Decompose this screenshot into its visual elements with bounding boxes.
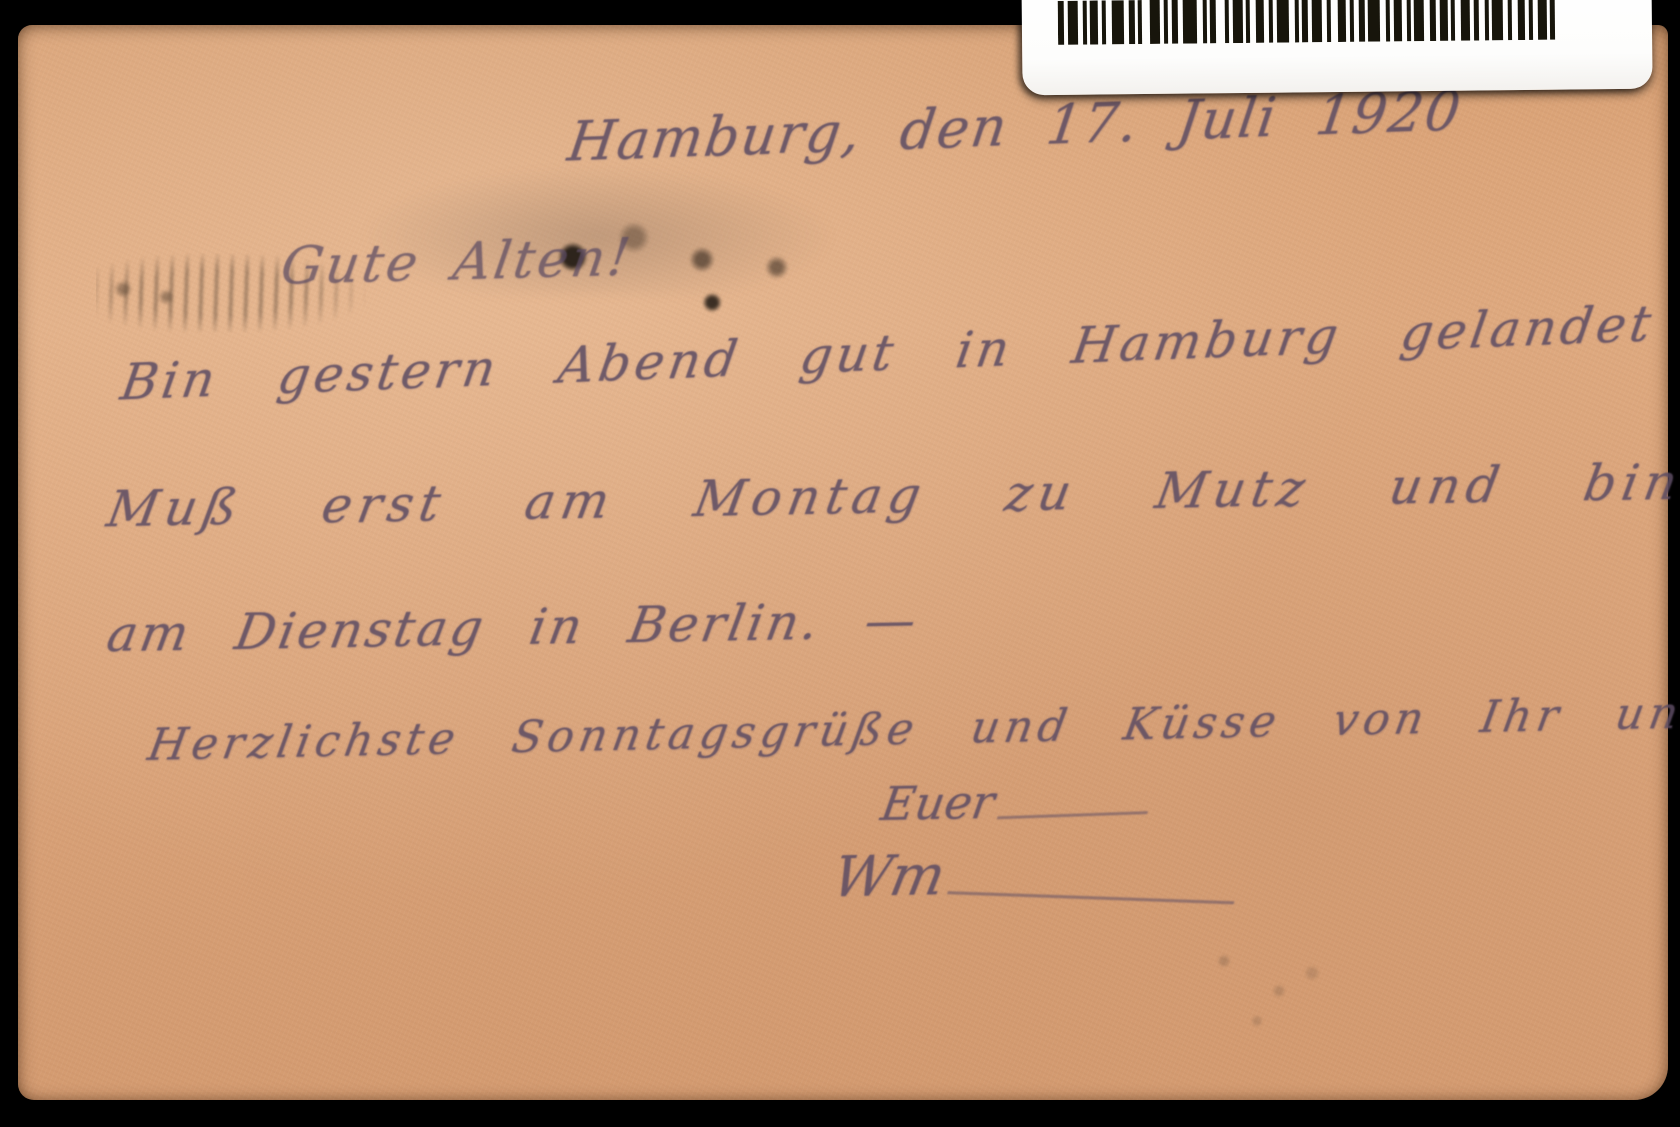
barcode-gap	[1216, 0, 1225, 43]
valediction-word: Euer	[877, 775, 998, 831]
barcode-bar	[1233, 0, 1243, 43]
barcode-bar	[1068, 1, 1078, 45]
handwritten-valediction: Euer	[877, 772, 1154, 831]
barcode-bar	[1461, 0, 1470, 41]
scan-background: Hamburg, den 17. Juli 1920 Gute Alten! B…	[0, 0, 1680, 1127]
signature-flourish-stroke	[947, 891, 1234, 904]
handwritten-date-line: Hamburg, den 17. Juli 1920	[564, 79, 1466, 174]
barcode-bar	[1277, 0, 1289, 43]
barcode-gap	[1555, 0, 1561, 40]
barcode-bar	[1112, 0, 1124, 44]
faint-pencil-marks	[1158, 925, 1378, 1045]
barcode-bar	[1538, 0, 1547, 40]
handwritten-body-line: Muß erst am Montag zu Mutz und bin	[103, 453, 1680, 539]
pen-flourish-stroke	[997, 811, 1148, 819]
barcode-bar	[1492, 0, 1503, 40]
barcode-bar	[1150, 0, 1160, 44]
handwritten-body-line: Bin gestern Abend gut in Hamburg gelande…	[117, 290, 1680, 412]
handwritten-body-line: am Dienstag in Berlin. —	[103, 591, 924, 663]
barcode-bar	[1183, 0, 1197, 44]
handwritten-signature: Wm	[827, 838, 1246, 910]
barcode-icon	[1058, 0, 1636, 45]
barcode-bar	[1312, 0, 1322, 42]
signature-initials: Wm	[827, 843, 950, 910]
barcode-bar	[1414, 0, 1424, 41]
postcard-paper: Hamburg, den 17. Juli 1920 Gute Alten! B…	[18, 25, 1668, 1100]
barcode-sticker	[1021, 0, 1652, 95]
barcode-bar	[1368, 0, 1380, 42]
handwritten-salutation: Gute Alten!	[277, 228, 636, 297]
handwritten-closing-line: Herzlichste Sonntagsgrüße und Küsse von …	[144, 687, 1680, 771]
